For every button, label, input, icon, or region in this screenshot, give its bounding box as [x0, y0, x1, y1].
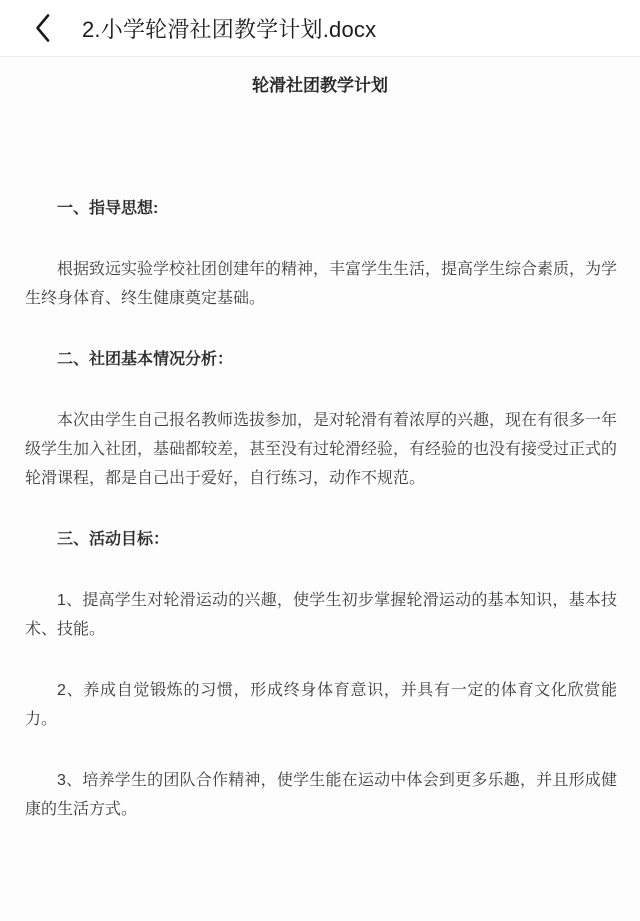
- back-button[interactable]: [34, 11, 58, 45]
- section-heading-2: 二、社团基本情况分析：: [0, 345, 640, 374]
- goal-item-2: 2、养成自觉锻炼的习惯，形成终身体育意识，并具有一定的体育文化欣赏能力。: [0, 676, 640, 734]
- document-scroll-area[interactable]: 轮滑社团教学计划 一、指导思想: 根据致远实验学校社团创建年的精神，丰富学生生活…: [0, 57, 640, 921]
- document-title: 轮滑社团教学计划: [0, 71, 640, 100]
- file-name-title: 2.小学轮滑社团教学计划.docx: [82, 13, 376, 44]
- document-viewer-screen: 2.小学轮滑社团教学计划.docx 轮滑社团教学计划 一、指导思想: 根据致远实…: [0, 0, 640, 921]
- paragraph-guiding-ideology: 根据致远实验学校社团创建年的精神，丰富学生生活，提高学生综合素质，为学生终身体育…: [0, 255, 640, 313]
- app-header: 2.小学轮滑社团教学计划.docx: [0, 0, 640, 57]
- section-heading-3: 三、活动目标：: [0, 525, 640, 554]
- paragraph-club-analysis: 本次由学生自己报名教师选拔参加，是对轮滑有着浓厚的兴趣，现在有很多一年级学生加入…: [0, 406, 640, 493]
- chevron-left-icon: [34, 13, 51, 43]
- section-heading-1: 一、指导思想:: [0, 194, 640, 223]
- goal-item-1: 1、提高学生对轮滑运动的兴趣，使学生初步掌握轮滑运动的基本知识，基本技术、技能。: [0, 586, 640, 644]
- goal-item-3: 3、培养学生的团队合作精神，使学生能在运动中体会到更多乐趣，并且形成健康的生活方…: [0, 766, 640, 824]
